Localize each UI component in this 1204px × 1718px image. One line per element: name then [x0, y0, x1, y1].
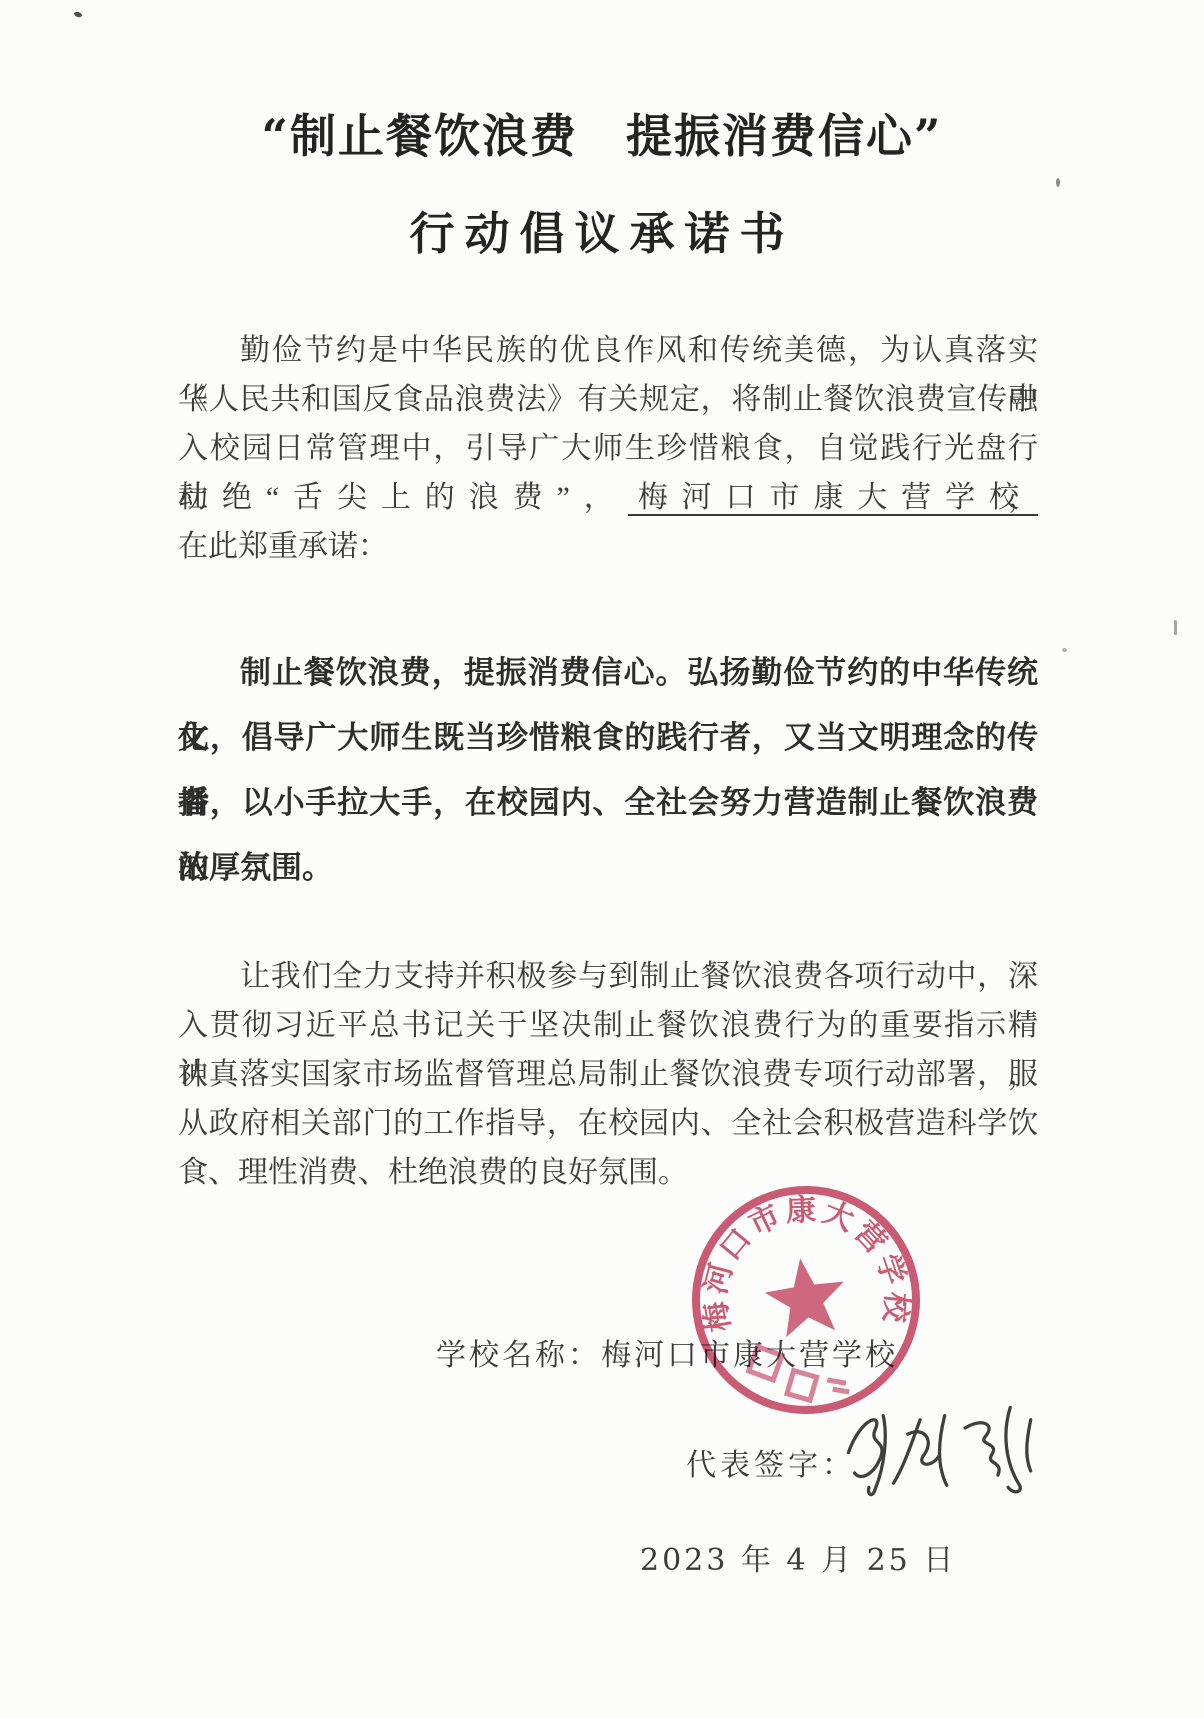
p2-line1: 制止餐饮浪费，提振消费信心。弘扬勤俭节约的中华传统文 [178, 640, 1038, 705]
date-line: 2023 年 4 月 25 日 [640, 1535, 956, 1579]
p1-line2: 华人民共和国反食品浪费法》有关规定，将制止餐饮浪费宣传融 [178, 375, 1038, 424]
seal-smudge [827, 1377, 849, 1395]
signature-stroke [893, 1420, 920, 1483]
seal-star [761, 1253, 851, 1339]
p3-line1: 让我们全力支持并积极参与到制止餐饮浪费各项行动中，深 [178, 952, 1038, 1001]
school-name-label: 学校名称： [436, 1339, 601, 1372]
p1-line1: 勤俭节约是中华民族的优良作风和传统美德，为认真落实《中 [178, 326, 1038, 375]
p1-line3: 入校园日常管理中，引导广大师生珍惜粮食，自觉践行光盘行动， [178, 424, 1038, 473]
school-name-underlined: 梅河口市康大营学校 [628, 481, 1038, 516]
official-red-seal: 梅河口市康大营学校 [688, 1176, 924, 1424]
signature-stroke [848, 1420, 882, 1477]
p2-line3: 者，以小手拉大手，在校园内、全社会努力营造制止餐饮浪费的 [178, 770, 1038, 835]
p1-line5: 在此郑重承诺： [178, 522, 1038, 571]
scan-speck [73, 11, 82, 18]
signature-stroke [965, 1423, 999, 1475]
p2-line4: 浓厚氛围。 [178, 835, 1038, 900]
seal-group: 梅河口市康大营学校 [688, 1176, 924, 1424]
paragraph-3: 让我们全力支持并积极参与到制止餐饮浪费各项行动中，深 入贯彻习近平总书记关于坚决… [178, 952, 1038, 1197]
scan-speck [1174, 620, 1177, 635]
scan-speck [1062, 648, 1067, 652]
seal-smudge [749, 1347, 782, 1380]
p1-line4-prefix: 杜绝“舌尖上的浪费”， [178, 481, 628, 514]
p3-line2: 入贯彻习近平总书记关于坚决制止餐饮浪费行为的重要指示精神， [178, 1001, 1038, 1050]
scanned-document-page: “制止餐饮浪费 提振消费信心” 行动倡议承诺书 勤俭节约是中华民族的优良作风和传… [0, 0, 1204, 1718]
p1-line4: 杜绝“舌尖上的浪费”，梅河口市康大营学校 [178, 473, 1038, 522]
signature-stroke [940, 1416, 947, 1486]
document-title-line2: 行动倡议承诺书 [0, 197, 1204, 262]
p3-line4: 从政府相关部门的工作指导，在校园内、全社会积极营造科学饮 [178, 1099, 1038, 1148]
signature-stroke [1006, 1408, 1020, 1492]
p3-line3: 认真落实国家市场监督管理总局制止餐饮浪费专项行动部署，服 [178, 1050, 1038, 1099]
seal-smudge [787, 1371, 817, 1401]
paragraph-1: 勤俭节约是中华民族的优良作风和传统美德，为认真落实《中 华人民共和国反食品浪费法… [178, 326, 1038, 571]
signature-stroke [1027, 1420, 1031, 1471]
document-title-line1: “制止餐饮浪费 提振消费信心” [0, 100, 1204, 166]
p2-line2: 化，倡导广大师生既当珍惜粮食的践行者，又当文明理念的传播 [178, 705, 1038, 770]
paragraph-2: 制止餐饮浪费，提振消费信心。弘扬勤俭节约的中华传统文 化，倡导广大师生既当珍惜粮… [178, 640, 1038, 900]
scan-speck [1056, 178, 1060, 187]
